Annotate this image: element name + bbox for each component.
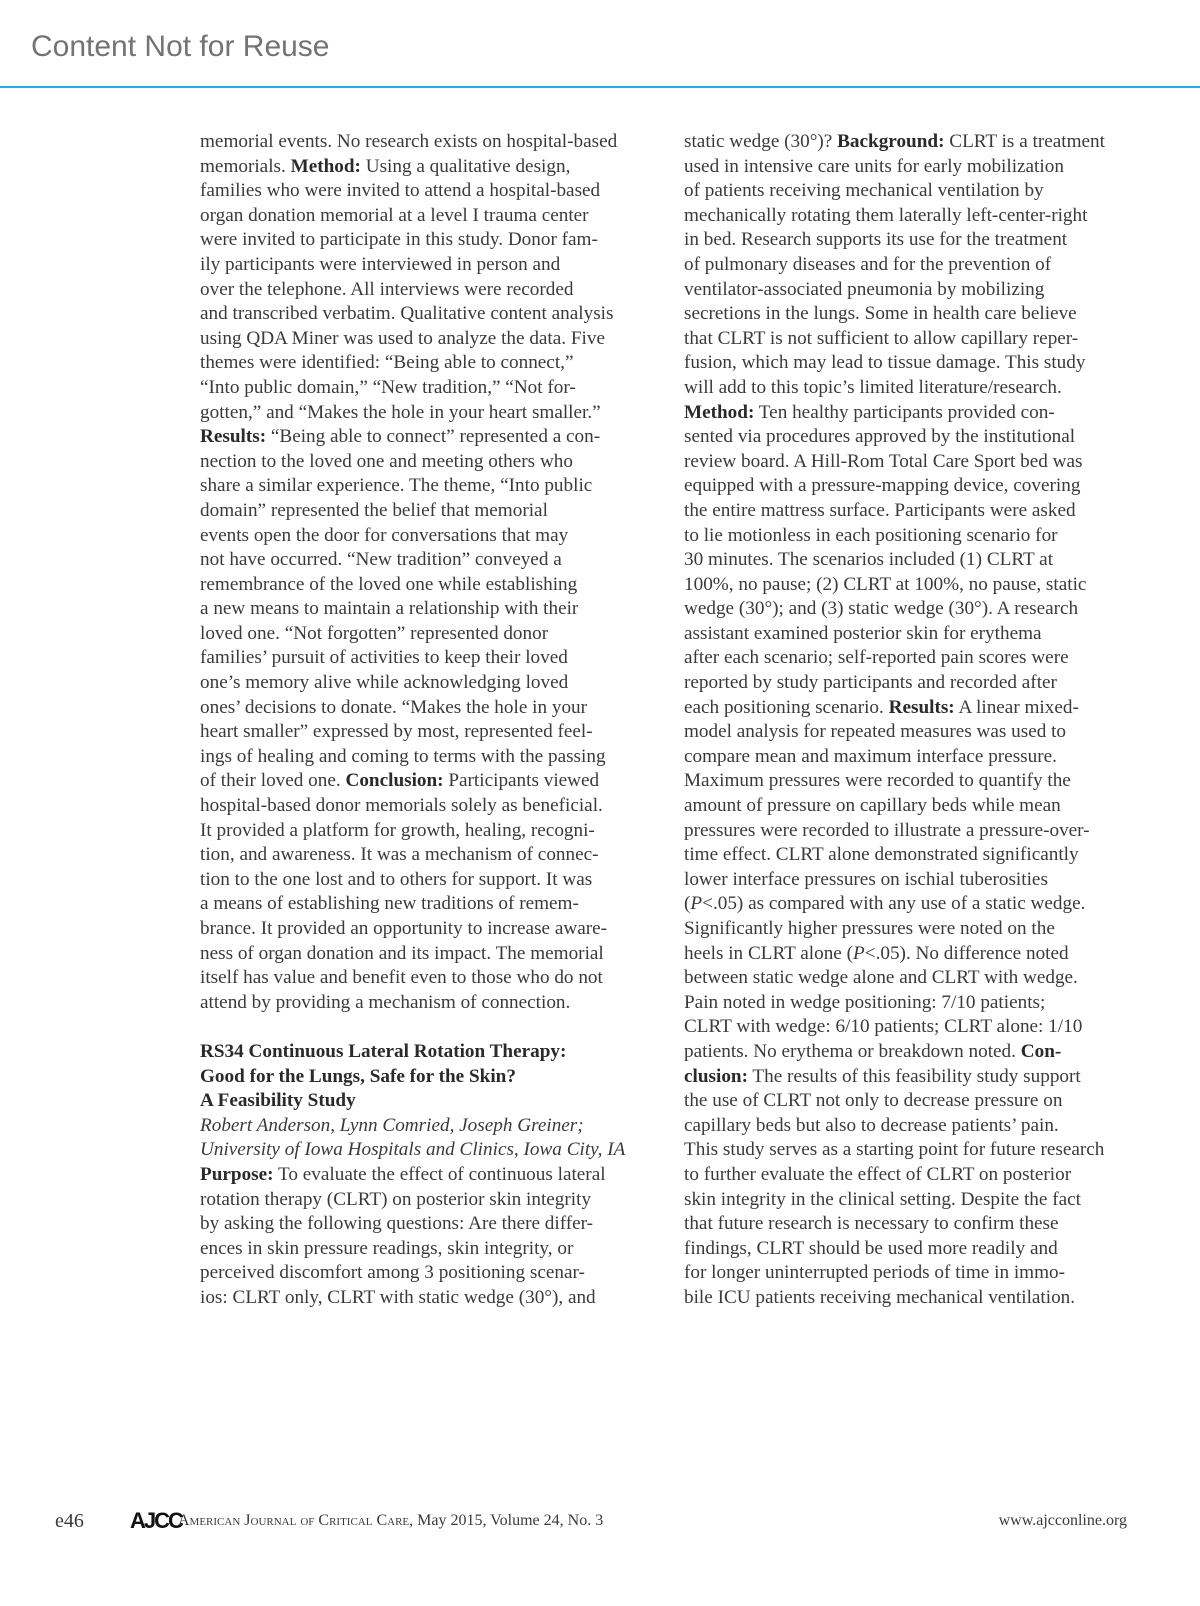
- text-run: perceived discomfort among 3 positioning…: [200, 1262, 585, 1283]
- text-run: heels in CLRT alone (: [684, 943, 853, 964]
- text-line: between static wedge alone and CLRT with…: [684, 966, 1124, 991]
- text-line: themes were identified: “Being able to c…: [200, 351, 640, 376]
- text-run: events open the door for conversations t…: [200, 525, 568, 546]
- journal-website: www.ajcconline.org: [999, 1512, 1127, 1530]
- text-run: themes were identified: “Being able to c…: [200, 352, 573, 373]
- text-line: not have occurred. “New tradition” conve…: [200, 548, 640, 573]
- text-line: fusion, which may lead to tissue damage.…: [684, 351, 1124, 376]
- content-banner: Content Not for Reuse: [0, 0, 1200, 88]
- text-run: nection to the loved one and meeting oth…: [200, 451, 573, 472]
- text-line: and transcribed verbatim. Qualitative co…: [200, 302, 640, 327]
- text-run: a new means to maintain a relationship w…: [200, 598, 578, 619]
- text-line: itself has value and benefit even to tho…: [200, 966, 640, 991]
- text-run: bile ICU patients receiving mechanical v…: [684, 1287, 1075, 1308]
- text-line: families’ pursuit of activities to keep …: [200, 646, 640, 671]
- text-run: Participants viewed: [444, 770, 600, 791]
- text-line: ness of organ donation and its impact. T…: [200, 942, 640, 967]
- text-run: ios: CLRT only, CLRT with static wedge (…: [200, 1287, 596, 1308]
- text-run: for longer uninterrupted periods of time…: [684, 1262, 1065, 1283]
- text-run: after each scenario; self-reported pain …: [684, 647, 1069, 668]
- text-run: equipped with a pressure-mapping device,…: [684, 475, 1080, 496]
- text-line: findings, CLRT should be used more readi…: [684, 1237, 1124, 1262]
- text-run: over the telephone. All interviews were …: [200, 279, 573, 300]
- text-run: by asking the following questions: Are t…: [200, 1213, 593, 1234]
- text-line: Pain noted in wedge positioning: 7/10 pa…: [684, 991, 1124, 1016]
- text-run: in bed. Research supports its use for th…: [684, 229, 1067, 250]
- text-line: a new means to maintain a relationship w…: [200, 597, 640, 622]
- text-line: used in intensive care units for early m…: [684, 155, 1124, 180]
- text-line: for longer uninterrupted periods of time…: [684, 1261, 1124, 1286]
- right-column: static wedge (30°)? Background: CLRT is …: [684, 130, 1124, 1311]
- section-heading: Method:: [684, 402, 754, 423]
- text-line: heels in CLRT alone (P<.05). No differen…: [684, 942, 1124, 967]
- text-line: compare mean and maximum interface press…: [684, 745, 1124, 770]
- text-line: after each scenario; self-reported pain …: [684, 646, 1124, 671]
- text-line: patients. No erythema or breakdown noted…: [684, 1040, 1124, 1065]
- text-line: of their loved one. Conclusion: Particip…: [200, 769, 640, 794]
- text-run: one’s memory alive while acknowledging l…: [200, 672, 568, 693]
- section-heading: Con-: [1021, 1041, 1062, 1062]
- text-run: that CLRT is not sufficient to allow cap…: [684, 328, 1078, 349]
- page-number: e46: [55, 1510, 84, 1533]
- text-line: were invited to participate in this stud…: [200, 228, 640, 253]
- text-line: reported by study participants and recor…: [684, 671, 1124, 696]
- text-run: assistant examined posterior skin for er…: [684, 623, 1042, 644]
- text-line: lower interface pressures on ischial tub…: [684, 868, 1124, 893]
- text-line: to further evaluate the effect of CLRT o…: [684, 1163, 1124, 1188]
- text-line: model analysis for repeated measures was…: [684, 720, 1124, 745]
- text-run: ones’ decisions to donate. “Makes the ho…: [200, 697, 587, 718]
- rs34-body-start: Purpose: To evaluate the effect of conti…: [200, 1163, 640, 1311]
- text-line: loved one. “Not forgotten” represented d…: [200, 622, 640, 647]
- text-line: a means of establishing new traditions o…: [200, 892, 640, 917]
- text-run: ings of healing and coming to terms with…: [200, 746, 606, 767]
- text-run: capillary beds but also to decrease pati…: [684, 1115, 1059, 1136]
- text-line: gotten,” and “Makes the hole in your hea…: [200, 401, 640, 426]
- text-line: assistant examined posterior skin for er…: [684, 622, 1124, 647]
- text-run: amount of pressure on capillary beds whi…: [684, 795, 1061, 816]
- text-line: perceived discomfort among 3 positioning…: [200, 1261, 640, 1286]
- text-line: to lie motionless in each positioning sc…: [684, 524, 1124, 549]
- banner-title: Content Not for Reuse: [31, 30, 330, 64]
- text-run: memorial events. No research exists on h…: [200, 131, 617, 152]
- text-run: a means of establishing new traditions o…: [200, 893, 579, 914]
- text-line: tion to the one lost and to others for s…: [200, 868, 640, 893]
- rs34-title-line: RS34 Continuous Lateral Rotation Therapy…: [200, 1040, 640, 1065]
- text-run: pressures were recorded to illustrate a …: [684, 820, 1090, 841]
- text-line: time effect. CLRT alone demonstrated sig…: [684, 843, 1124, 868]
- text-run: of pulmonary diseases and for the preven…: [684, 254, 1051, 275]
- text-line: Results: “Being able to connect” represe…: [200, 425, 640, 450]
- text-run: will add to this topic’s limited literat…: [684, 377, 1062, 398]
- journal-citation: American Journal of Critical Care, May 2…: [178, 1512, 603, 1530]
- text-run: lower interface pressures on ischial tub…: [684, 869, 1048, 890]
- text-run: and transcribed verbatim. Qualitative co…: [200, 303, 613, 324]
- text-run: to lie motionless in each positioning sc…: [684, 525, 1058, 546]
- text-run: ventilator-associated pneumonia by mobil…: [684, 279, 1044, 300]
- text-run: to further evaluate the effect of CLRT o…: [684, 1164, 1071, 1185]
- journal-name: American Journal of Critical Care: [178, 1512, 409, 1529]
- text-line: This study serves as a starting point fo…: [684, 1138, 1124, 1163]
- text-run: ily participants were interviewed in per…: [200, 254, 560, 275]
- text-line: domain” represented the belief that memo…: [200, 499, 640, 524]
- text-run: itself has value and benefit even to tho…: [200, 967, 603, 988]
- section-heading: Method:: [291, 156, 361, 177]
- text-run: mechanically rotating them laterally lef…: [684, 205, 1087, 226]
- text-run: review board. A Hill-Rom Total Care Spor…: [684, 451, 1083, 472]
- text-run: used in intensive care units for early m…: [684, 156, 1064, 177]
- text-line: wedge (30°); and (3) static wedge (30°).…: [684, 597, 1124, 622]
- text-line: share a similar experience. The theme, “…: [200, 474, 640, 499]
- text-line: pressures were recorded to illustrate a …: [684, 819, 1124, 844]
- text-run: between static wedge alone and CLRT with…: [684, 967, 1078, 988]
- text-run: share a similar experience. The theme, “…: [200, 475, 592, 496]
- text-line: static wedge (30°)? Background: CLRT is …: [684, 130, 1124, 155]
- previous-abstract: memorial events. No research exists on h…: [200, 130, 640, 1015]
- text-run: A linear mixed-: [955, 697, 1079, 718]
- section-heading: Results:: [889, 697, 955, 718]
- text-line: secretions in the lungs. Some in health …: [684, 302, 1124, 327]
- text-run: <.05) as compared with any use of a stat…: [702, 893, 1085, 914]
- text-run: compare mean and maximum interface press…: [684, 746, 1057, 767]
- text-line: brance. It provided an opportunity to in…: [200, 917, 640, 942]
- text-line: Significantly higher pressures were note…: [684, 917, 1124, 942]
- text-run: tion, and awareness. It was a mechanism …: [200, 844, 599, 865]
- text-line: 100%, no pause; (2) CLRT at 100%, no pau…: [684, 573, 1124, 598]
- text-run: loved one. “Not forgotten” represented d…: [200, 623, 548, 644]
- text-run: fusion, which may lead to tissue damage.…: [684, 352, 1085, 373]
- text-run: organ donation memorial at a level I tra…: [200, 205, 589, 226]
- text-line: memorial events. No research exists on h…: [200, 130, 640, 155]
- text-run: heart smaller” expressed by most, repres…: [200, 721, 593, 742]
- text-line: Purpose: To evaluate the effect of conti…: [200, 1163, 640, 1188]
- section-gap: [200, 1015, 640, 1040]
- text-line: of pulmonary diseases and for the preven…: [684, 253, 1124, 278]
- text-line: that CLRT is not sufficient to allow cap…: [684, 327, 1124, 352]
- text-line: ios: CLRT only, CLRT with static wedge (…: [200, 1286, 640, 1311]
- text-line: Method: Ten healthy participants provide…: [684, 401, 1124, 426]
- text-run: were invited to participate in this stud…: [200, 229, 598, 250]
- text-line: bile ICU patients receiving mechanical v…: [684, 1286, 1124, 1311]
- text-line: amount of pressure on capillary beds whi…: [684, 794, 1124, 819]
- text-run: of their loved one.: [200, 770, 345, 791]
- text-line: clusion: The results of this feasibility…: [684, 1065, 1124, 1090]
- text-line: remembrance of the loved one while estab…: [200, 573, 640, 598]
- text-run: time effect. CLRT alone demonstrated sig…: [684, 844, 1079, 865]
- rs34-author-line: Robert Anderson, Lynn Comried, Joseph Gr…: [200, 1114, 640, 1139]
- text-run: <.05). No difference noted: [865, 943, 1069, 964]
- banner-rule: [0, 86, 1200, 88]
- text-line: capillary beds but also to decrease pati…: [684, 1114, 1124, 1139]
- text-run: memorials.: [200, 156, 291, 177]
- text-run: Pain noted in wedge positioning: 7/10 pa…: [684, 992, 1045, 1013]
- text-line: the entire mattress surface. Participant…: [684, 499, 1124, 524]
- text-run: gotten,” and “Makes the hole in your hea…: [200, 402, 601, 423]
- text-line: that future research is necessary to con…: [684, 1212, 1124, 1237]
- text-run: domain” represented the belief that memo…: [200, 500, 548, 521]
- text-line: attend by providing a mechanism of conne…: [200, 991, 640, 1016]
- text-run: P: [690, 893, 702, 914]
- text-run: families who were invited to attend a ho…: [200, 180, 600, 201]
- text-run: “Being able to connect” represented a co…: [266, 426, 600, 447]
- text-run: This study serves as a starting point fo…: [684, 1139, 1104, 1160]
- text-run: sented via procedures approved by the in…: [684, 426, 1075, 447]
- text-run: static wedge (30°)?: [684, 131, 837, 152]
- text-run: reported by study participants and recor…: [684, 672, 1057, 693]
- text-run: using QDA Miner was used to analyze the …: [200, 328, 605, 349]
- text-run: P: [853, 943, 865, 964]
- text-run: 100%, no pause; (2) CLRT at 100%, no pau…: [684, 574, 1086, 595]
- text-run: Ten healthy participants provided con-: [754, 402, 1054, 423]
- text-run: secretions in the lungs. Some in health …: [684, 303, 1077, 324]
- text-line: one’s memory alive while acknowledging l…: [200, 671, 640, 696]
- text-run: families’ pursuit of activities to keep …: [200, 647, 568, 668]
- section-heading: Purpose:: [200, 1164, 274, 1185]
- text-line: the use of CLRT not only to decrease pre…: [684, 1089, 1124, 1114]
- text-run: findings, CLRT should be used more readi…: [684, 1238, 1058, 1259]
- text-line: sented via procedures approved by the in…: [684, 425, 1124, 450]
- text-run: rotation therapy (CLRT) on posterior ski…: [200, 1189, 591, 1210]
- text-line: of patients receiving mechanical ventila…: [684, 179, 1124, 204]
- text-line: hospital-based donor memorials solely as…: [200, 794, 640, 819]
- text-line: review board. A Hill-Rom Total Care Spor…: [684, 450, 1124, 475]
- rs34-abstract: RS34 Continuous Lateral Rotation Therapy…: [200, 1040, 640, 1311]
- text-line: equipped with a pressure-mapping device,…: [684, 474, 1124, 499]
- text-run: To evaluate the effect of continuous lat…: [274, 1164, 606, 1185]
- text-run: CLRT with wedge: 6/10 patients; CLRT alo…: [684, 1016, 1082, 1037]
- text-line: ings of healing and coming to terms with…: [200, 745, 640, 770]
- text-run: It provided a platform for growth, heali…: [200, 820, 595, 841]
- rs34-title: RS34 Continuous Lateral Rotation Therapy…: [200, 1040, 640, 1114]
- text-line: memorials. Method: Using a qualitative d…: [200, 155, 640, 180]
- text-run: The results of this feasibility study su…: [748, 1066, 1081, 1087]
- text-line: CLRT with wedge: 6/10 patients; CLRT alo…: [684, 1015, 1124, 1040]
- text-run: patients. No erythema or breakdown noted…: [684, 1041, 1021, 1062]
- text-line: by asking the following questions: Are t…: [200, 1212, 640, 1237]
- text-run: each positioning scenario.: [684, 697, 889, 718]
- text-run: Significantly higher pressures were note…: [684, 918, 1055, 939]
- text-line: ences in skin pressure readings, skin in…: [200, 1237, 640, 1262]
- text-line: each positioning scenario. Results: A li…: [684, 696, 1124, 721]
- text-line: ones’ decisions to donate. “Makes the ho…: [200, 696, 640, 721]
- rs34-title-line: A Feasibility Study: [200, 1089, 640, 1114]
- text-run: Maximum pressures were recorded to quant…: [684, 770, 1071, 791]
- text-line: using QDA Miner was used to analyze the …: [200, 327, 640, 352]
- text-run: ness of organ donation and its impact. T…: [200, 943, 604, 964]
- text-run: Using a qualitative design,: [361, 156, 570, 177]
- text-line: events open the door for conversations t…: [200, 524, 640, 549]
- text-line: rotation therapy (CLRT) on posterior ski…: [200, 1188, 640, 1213]
- text-line: ventilator-associated pneumonia by mobil…: [684, 278, 1124, 303]
- section-heading: Background:: [837, 131, 944, 152]
- rs34-title-line: Good for the Lungs, Safe for the Skin?: [200, 1065, 640, 1090]
- ajcc-logo: AJCC: [130, 1508, 182, 1534]
- text-line: heart smaller” expressed by most, repres…: [200, 720, 640, 745]
- text-line: in bed. Research supports its use for th…: [684, 228, 1124, 253]
- left-column: memorial events. No research exists on h…: [200, 130, 640, 1311]
- text-line: tion, and awareness. It was a mechanism …: [200, 843, 640, 868]
- text-line: organ donation memorial at a level I tra…: [200, 204, 640, 229]
- text-line: “Into public domain,” “New tradition,” “…: [200, 376, 640, 401]
- rs34-affiliation-line: University of Iowa Hospitals and Clinics…: [200, 1138, 640, 1163]
- text-run: wedge (30°); and (3) static wedge (30°).…: [684, 598, 1078, 619]
- section-heading: clusion:: [684, 1066, 748, 1087]
- text-run: brance. It provided an opportunity to in…: [200, 918, 607, 939]
- text-run: not have occurred. “New tradition” conve…: [200, 549, 562, 570]
- text-line: families who were invited to attend a ho…: [200, 179, 640, 204]
- text-run: remembrance of the loved one while estab…: [200, 574, 577, 595]
- text-run: tion to the one lost and to others for s…: [200, 869, 592, 890]
- text-run: 30 minutes. The scenarios included (1) C…: [684, 549, 1053, 570]
- text-line: skin integrity in the clinical setting. …: [684, 1188, 1124, 1213]
- rs34-authors: Robert Anderson, Lynn Comried, Joseph Gr…: [200, 1114, 640, 1163]
- text-line: Maximum pressures were recorded to quant…: [684, 769, 1124, 794]
- issue-info: , May 2015, Volume 24, No. 3: [409, 1512, 603, 1529]
- page-footer: e46 AJCC American Journal of Critical Ca…: [0, 1510, 1200, 1550]
- text-run: that future research is necessary to con…: [684, 1213, 1059, 1234]
- text-line: (P<.05) as compared with any use of a st…: [684, 892, 1124, 917]
- text-run: the use of CLRT not only to decrease pre…: [684, 1090, 1062, 1111]
- text-run: of patients receiving mechanical ventila…: [684, 180, 1044, 201]
- text-run: CLRT is a treatment: [944, 131, 1105, 152]
- section-heading: Conclusion:: [345, 770, 443, 791]
- text-line: 30 minutes. The scenarios included (1) C…: [684, 548, 1124, 573]
- text-run: ences in skin pressure readings, skin in…: [200, 1238, 573, 1259]
- text-line: mechanically rotating them laterally lef…: [684, 204, 1124, 229]
- text-line: nection to the loved one and meeting oth…: [200, 450, 640, 475]
- text-run: “Into public domain,” “New tradition,” “…: [200, 377, 576, 398]
- text-line: It provided a platform for growth, heali…: [200, 819, 640, 844]
- text-run: hospital-based donor memorials solely as…: [200, 795, 603, 816]
- text-run: attend by providing a mechanism of conne…: [200, 992, 570, 1013]
- text-run: the entire mattress surface. Participant…: [684, 500, 1076, 521]
- text-run: model analysis for repeated measures was…: [684, 721, 1066, 742]
- text-line: ily participants were interviewed in per…: [200, 253, 640, 278]
- text-run: skin integrity in the clinical setting. …: [684, 1189, 1081, 1210]
- section-heading: Results:: [200, 426, 266, 447]
- text-line: over the telephone. All interviews were …: [200, 278, 640, 303]
- text-line: will add to this topic’s limited literat…: [684, 376, 1124, 401]
